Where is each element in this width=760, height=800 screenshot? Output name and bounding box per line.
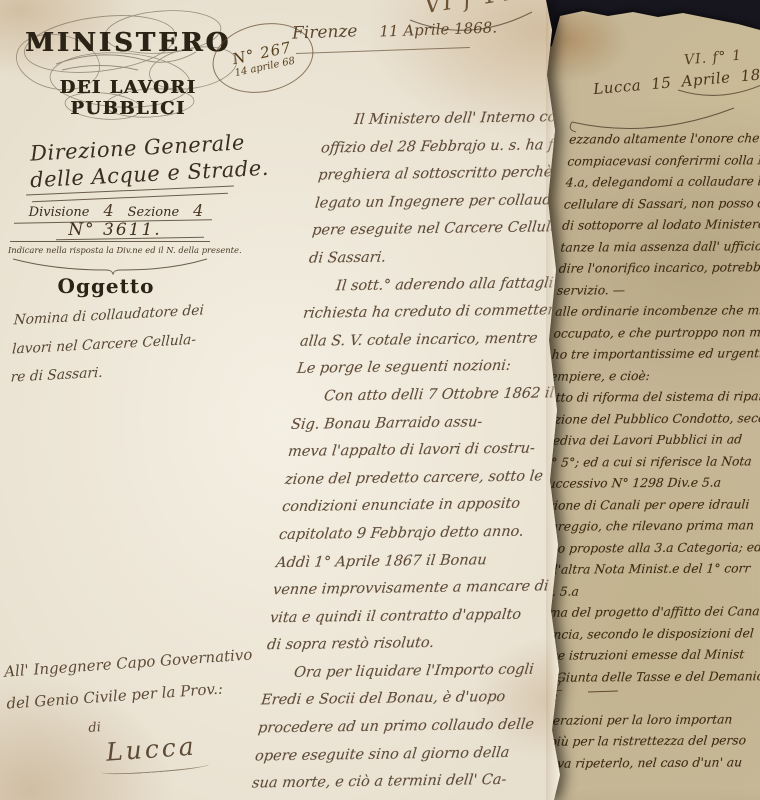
ministry-title: MINISTERO	[18, 28, 238, 58]
handwritten-line: opere eseguite sino al giorno della	[253, 739, 538, 771]
subject-text: Nomina di collaudatore deilavori nel Car…	[10, 295, 224, 392]
dateline-left: Firenze 11 Aprile 1868.	[292, 16, 498, 43]
handwritten-line: Con atto delli 7 Ottobre 1862 il	[293, 380, 578, 412]
handwritten-line: di sopra restò risoluto.	[265, 629, 550, 661]
handwritten-line: richiesta ha creduto di commettere	[302, 297, 587, 329]
addressee-line: All' Ingegnere Capo Governativo	[4, 645, 253, 680]
handwritten-line: legato un Ingegnere per collaudare le o-	[314, 186, 599, 218]
addressee-block: All' Ingegnere Capo Governativo del Geni…	[1, 637, 261, 800]
brace-icon	[10, 257, 210, 275]
division-label: Divisione	[29, 205, 90, 220]
dateline-date: 11 Aprile 1868.	[379, 16, 497, 40]
rule	[296, 47, 470, 54]
handwritten-line: Sig. Bonau Barraido assu-	[290, 407, 575, 439]
left-letter-body: Il Ministero dell' Interno conoffizio de…	[250, 103, 607, 798]
handwritten-line: condizioni enunciate in apposito	[281, 490, 566, 522]
ministry-subtitle: DEI LAVORI PUBBLICI	[12, 77, 244, 119]
division-value: 4	[103, 201, 113, 220]
left-page-wrap: MINISTERO DEI LAVORI PUBBLICI Direzione …	[0, 0, 760, 800]
handwritten-line: sua morte, e ciò a termini dell' Ca-	[250, 767, 535, 799]
dateline-place: Firenze	[292, 21, 358, 43]
handwritten-line: meva l'appalto di lavori di costru-	[287, 435, 572, 467]
handwritten-line: di Sassari.	[308, 242, 593, 274]
handwritten-line: capitolato 9 Febbrajo detto anno.	[278, 518, 563, 550]
scanned-letter: VI. f° 1 Lucca 15 Aprile 1868 ezzando al…	[0, 0, 760, 800]
subject-label: Oggetto	[36, 274, 176, 298]
handwritten-line: vita e quindi il contratto d'appalto	[268, 601, 553, 633]
filing-annotation-left: VI f 14	[423, 0, 518, 19]
section-label: Sezione	[128, 205, 180, 220]
handwritten-line: venne improvvisamente a mancare di	[272, 573, 557, 605]
addressee-line: di	[88, 720, 102, 736]
handwritten-line: pere eseguite nel Carcere Cellulare	[311, 214, 596, 246]
handwritten-line: preghiera al sottoscritto perchè sia de-	[317, 159, 602, 191]
handwritten-line: Il Ministero dell' Interno con	[323, 103, 608, 135]
handwritten-line: Il sott.° aderendo alla fattagli	[305, 269, 590, 301]
division-row: Divisione 4 Sezione 4	[16, 201, 216, 220]
handwritten-line: Eredi e Socii del Bonau, è d'uopo	[259, 684, 544, 716]
left-letter-page: MINISTERO DEI LAVORI PUBBLICI Direzione …	[0, 0, 568, 800]
handwritten-line: alla S. V. cotale incarico, mentre	[299, 325, 584, 357]
section-value: 4	[193, 201, 203, 220]
addressee-line: del Genio Civile per la Prov.:	[6, 680, 224, 713]
handwritten-line: procedere ad un primo collaudo delle	[256, 712, 541, 744]
handwritten-line: Addì 1° Aprile 1867 il Bonau	[275, 546, 560, 578]
handwritten-line: zione del predetto carcere, sotto le	[284, 463, 569, 495]
handwritten-line: Le porge le seguenti nozioni:	[296, 352, 581, 384]
handwritten-line: offizio del 28 Febbrajo u. s. ha fatto	[320, 131, 605, 163]
reply-note: Indicare nella risposta la Div.ne ed il …	[8, 245, 212, 255]
rule	[10, 241, 210, 242]
handwritten-line: Ora per liquidare l'Importo cogli	[262, 656, 547, 688]
